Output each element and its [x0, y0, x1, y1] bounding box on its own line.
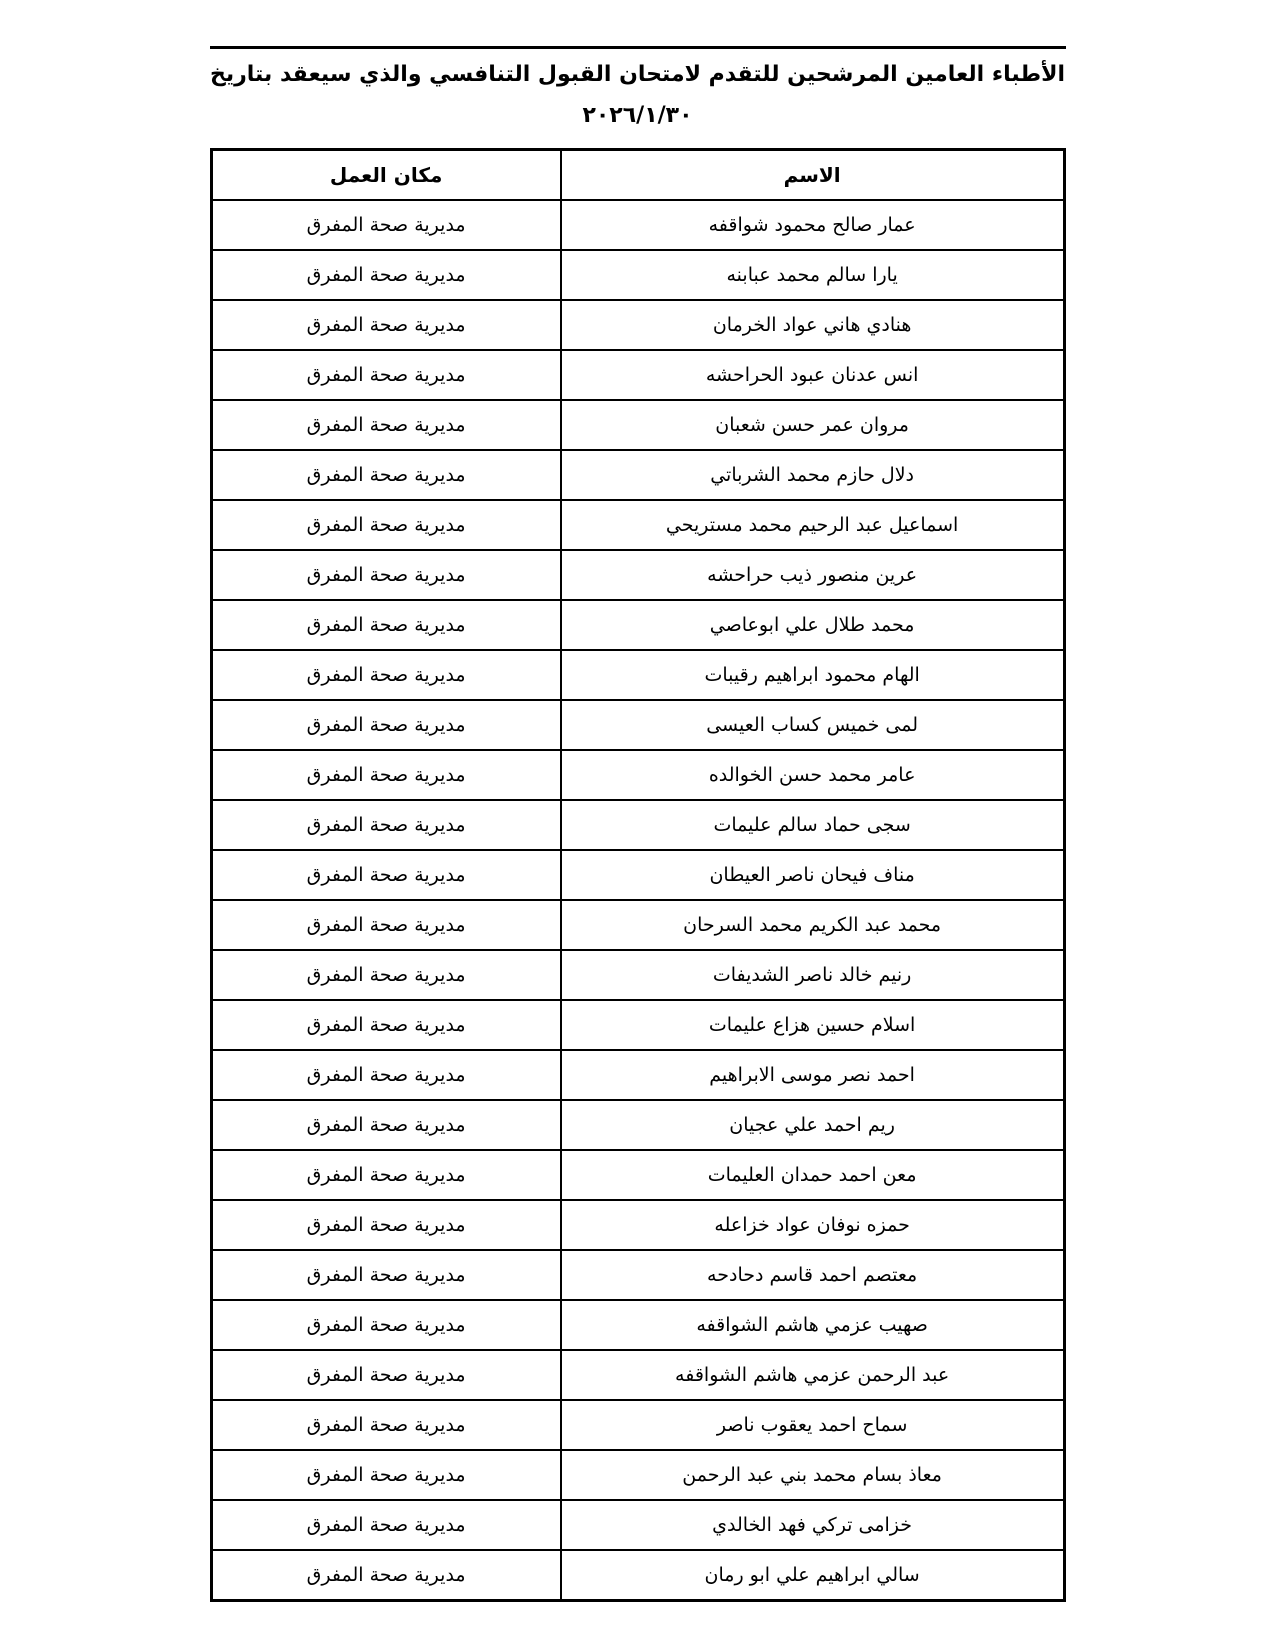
workplace-cell: مديرية صحة المفرق	[211, 800, 561, 850]
name-cell: معتصم احمد قاسم دحادحه	[561, 1250, 1064, 1300]
workplace-cell: مديرية صحة المفرق	[211, 1400, 561, 1450]
name-cell: اسلام حسين هزاع عليمات	[561, 1000, 1064, 1050]
table-row: الهام محمود ابراهيم رقيباتمديرية صحة الم…	[211, 650, 1064, 700]
name-cell: يارا سالم محمد عبابنه	[561, 250, 1064, 300]
document-content: الأطباء العامين المرشحين للتقدم لامتحان …	[210, 46, 1066, 1602]
table-header-row: الاسم مكان العمل	[211, 150, 1064, 201]
table-row: هنادي هاني عواد الخرمانمديرية صحة المفرق	[211, 300, 1064, 350]
workplace-cell: مديرية صحة المفرق	[211, 850, 561, 900]
table-row: معاذ بسام محمد بني عبد الرحمنمديرية صحة …	[211, 1450, 1064, 1500]
table-row: معن احمد حمدان العليماتمديرية صحة المفرق	[211, 1150, 1064, 1200]
title-divider-rule	[210, 46, 1066, 49]
table-row: سماح احمد يعقوب ناصرمديرية صحة المفرق	[211, 1400, 1064, 1450]
candidates-table: الاسم مكان العمل عمار صالح محمود شواقفهم…	[210, 148, 1066, 1602]
table-row: دلال حازم محمد الشرباتيمديرية صحة المفرق	[211, 450, 1064, 500]
table-header: الاسم مكان العمل	[211, 150, 1064, 201]
workplace-cell: مديرية صحة المفرق	[211, 1250, 561, 1300]
workplace-cell: مديرية صحة المفرق	[211, 250, 561, 300]
name-cell: عبد الرحمن عزمي هاشم الشواقفه	[561, 1350, 1064, 1400]
name-cell: سجى حماد سالم عليمات	[561, 800, 1064, 850]
name-cell: معاذ بسام محمد بني عبد الرحمن	[561, 1450, 1064, 1500]
name-cell: ريم احمد علي عجيان	[561, 1100, 1064, 1150]
name-cell: عامر محمد حسن الخوالده	[561, 750, 1064, 800]
table-row: حمزه نوفان عواد خزاعلهمديرية صحة المفرق	[211, 1200, 1064, 1250]
name-cell: مروان عمر حسن شعبان	[561, 400, 1064, 450]
name-cell: عرين منصور ذيب حراحشه	[561, 550, 1064, 600]
workplace-cell: مديرية صحة المفرق	[211, 650, 561, 700]
table-row: صهيب عزمي هاشم الشواقفهمديرية صحة المفرق	[211, 1300, 1064, 1350]
page-title: الأطباء العامين المرشحين للتقدم لامتحان …	[210, 55, 1066, 136]
name-cell: حمزه نوفان عواد خزاعله	[561, 1200, 1064, 1250]
name-cell: سماح احمد يعقوب ناصر	[561, 1400, 1064, 1450]
name-cell: سالي ابراهيم علي ابو رمان	[561, 1550, 1064, 1601]
workplace-cell: مديرية صحة المفرق	[211, 550, 561, 600]
workplace-cell: مديرية صحة المفرق	[211, 1200, 561, 1250]
workplace-cell: مديرية صحة المفرق	[211, 600, 561, 650]
workplace-cell: مديرية صحة المفرق	[211, 1050, 561, 1100]
page-title-text: الأطباء العامين المرشحين للتقدم لامتحان …	[210, 62, 1065, 87]
table-row: مناف فيحان ناصر العيطانمديرية صحة المفرق	[211, 850, 1064, 900]
name-cell: عمار صالح محمود شواقفه	[561, 200, 1064, 250]
table-row: معتصم احمد قاسم دحادحهمديرية صحة المفرق	[211, 1250, 1064, 1300]
workplace-cell: مديرية صحة المفرق	[211, 500, 561, 550]
workplace-cell: مديرية صحة المفرق	[211, 1550, 561, 1601]
name-cell: رنيم خالد ناصر الشديفات	[561, 950, 1064, 1000]
table-row: سالي ابراهيم علي ابو رمانمديرية صحة المف…	[211, 1550, 1064, 1601]
name-cell: الهام محمود ابراهيم رقيبات	[561, 650, 1064, 700]
table-row: عمار صالح محمود شواقفهمديرية صحة المفرق	[211, 200, 1064, 250]
table-row: محمد طلال علي ابوعاصيمديرية صحة المفرق	[211, 600, 1064, 650]
table-row: محمد عبد الكريم محمد السرحانمديرية صحة ا…	[211, 900, 1064, 950]
workplace-cell: مديرية صحة المفرق	[211, 1100, 561, 1150]
name-cell: احمد نصر موسى الابراهيم	[561, 1050, 1064, 1100]
workplace-cell: مديرية صحة المفرق	[211, 1450, 561, 1500]
column-header-workplace: مكان العمل	[211, 150, 561, 201]
workplace-cell: مديرية صحة المفرق	[211, 300, 561, 350]
workplace-cell: مديرية صحة المفرق	[211, 950, 561, 1000]
name-cell: انس عدنان عبود الحراحشه	[561, 350, 1064, 400]
table-row: اسماعيل عبد الرحيم محمد مستريحيمديرية صح…	[211, 500, 1064, 550]
table-row: عامر محمد حسن الخوالدهمديرية صحة المفرق	[211, 750, 1064, 800]
name-cell: لمى خميس كساب العيسى	[561, 700, 1064, 750]
workplace-cell: مديرية صحة المفرق	[211, 450, 561, 500]
workplace-cell: مديرية صحة المفرق	[211, 1000, 561, 1050]
table-row: رنيم خالد ناصر الشديفاتمديرية صحة المفرق	[211, 950, 1064, 1000]
document-page: الأطباء العامين المرشحين للتقدم لامتحان …	[0, 0, 1275, 1650]
workplace-cell: مديرية صحة المفرق	[211, 1300, 561, 1350]
name-cell: محمد طلال علي ابوعاصي	[561, 600, 1064, 650]
table-row: سجى حماد سالم عليماتمديرية صحة المفرق	[211, 800, 1064, 850]
table-row: مروان عمر حسن شعبانمديرية صحة المفرق	[211, 400, 1064, 450]
name-cell: خزامى تركي فهد الخالدي	[561, 1500, 1064, 1550]
workplace-cell: مديرية صحة المفرق	[211, 200, 561, 250]
name-cell: هنادي هاني عواد الخرمان	[561, 300, 1064, 350]
workplace-cell: مديرية صحة المفرق	[211, 1150, 561, 1200]
table-row: انس عدنان عبود الحراحشهمديرية صحة المفرق	[211, 350, 1064, 400]
name-cell: دلال حازم محمد الشرباتي	[561, 450, 1064, 500]
table-row: خزامى تركي فهد الخالديمديرية صحة المفرق	[211, 1500, 1064, 1550]
workplace-cell: مديرية صحة المفرق	[211, 350, 561, 400]
table-row: لمى خميس كساب العيسىمديرية صحة المفرق	[211, 700, 1064, 750]
table-row: اسلام حسين هزاع عليماتمديرية صحة المفرق	[211, 1000, 1064, 1050]
workplace-cell: مديرية صحة المفرق	[211, 1350, 561, 1400]
workplace-cell: مديرية صحة المفرق	[211, 900, 561, 950]
table-row: عرين منصور ذيب حراحشهمديرية صحة المفرق	[211, 550, 1064, 600]
table-body: عمار صالح محمود شواقفهمديرية صحة المفرقي…	[211, 200, 1064, 1601]
table-row: احمد نصر موسى الابراهيممديرية صحة المفرق	[211, 1050, 1064, 1100]
table-row: عبد الرحمن عزمي هاشم الشواقفهمديرية صحة …	[211, 1350, 1064, 1400]
name-cell: معن احمد حمدان العليمات	[561, 1150, 1064, 1200]
name-cell: اسماعيل عبد الرحيم محمد مستريحي	[561, 500, 1064, 550]
workplace-cell: مديرية صحة المفرق	[211, 1500, 561, 1550]
name-cell: مناف فيحان ناصر العيطان	[561, 850, 1064, 900]
exam-date: ٢٠٢٦/١/٣٠	[210, 96, 1066, 137]
table-row: يارا سالم محمد عبابنهمديرية صحة المفرق	[211, 250, 1064, 300]
name-cell: محمد عبد الكريم محمد السرحان	[561, 900, 1064, 950]
column-header-name: الاسم	[561, 150, 1064, 201]
name-cell: صهيب عزمي هاشم الشواقفه	[561, 1300, 1064, 1350]
table-row: ريم احمد علي عجيانمديرية صحة المفرق	[211, 1100, 1064, 1150]
workplace-cell: مديرية صحة المفرق	[211, 400, 561, 450]
workplace-cell: مديرية صحة المفرق	[211, 700, 561, 750]
workplace-cell: مديرية صحة المفرق	[211, 750, 561, 800]
